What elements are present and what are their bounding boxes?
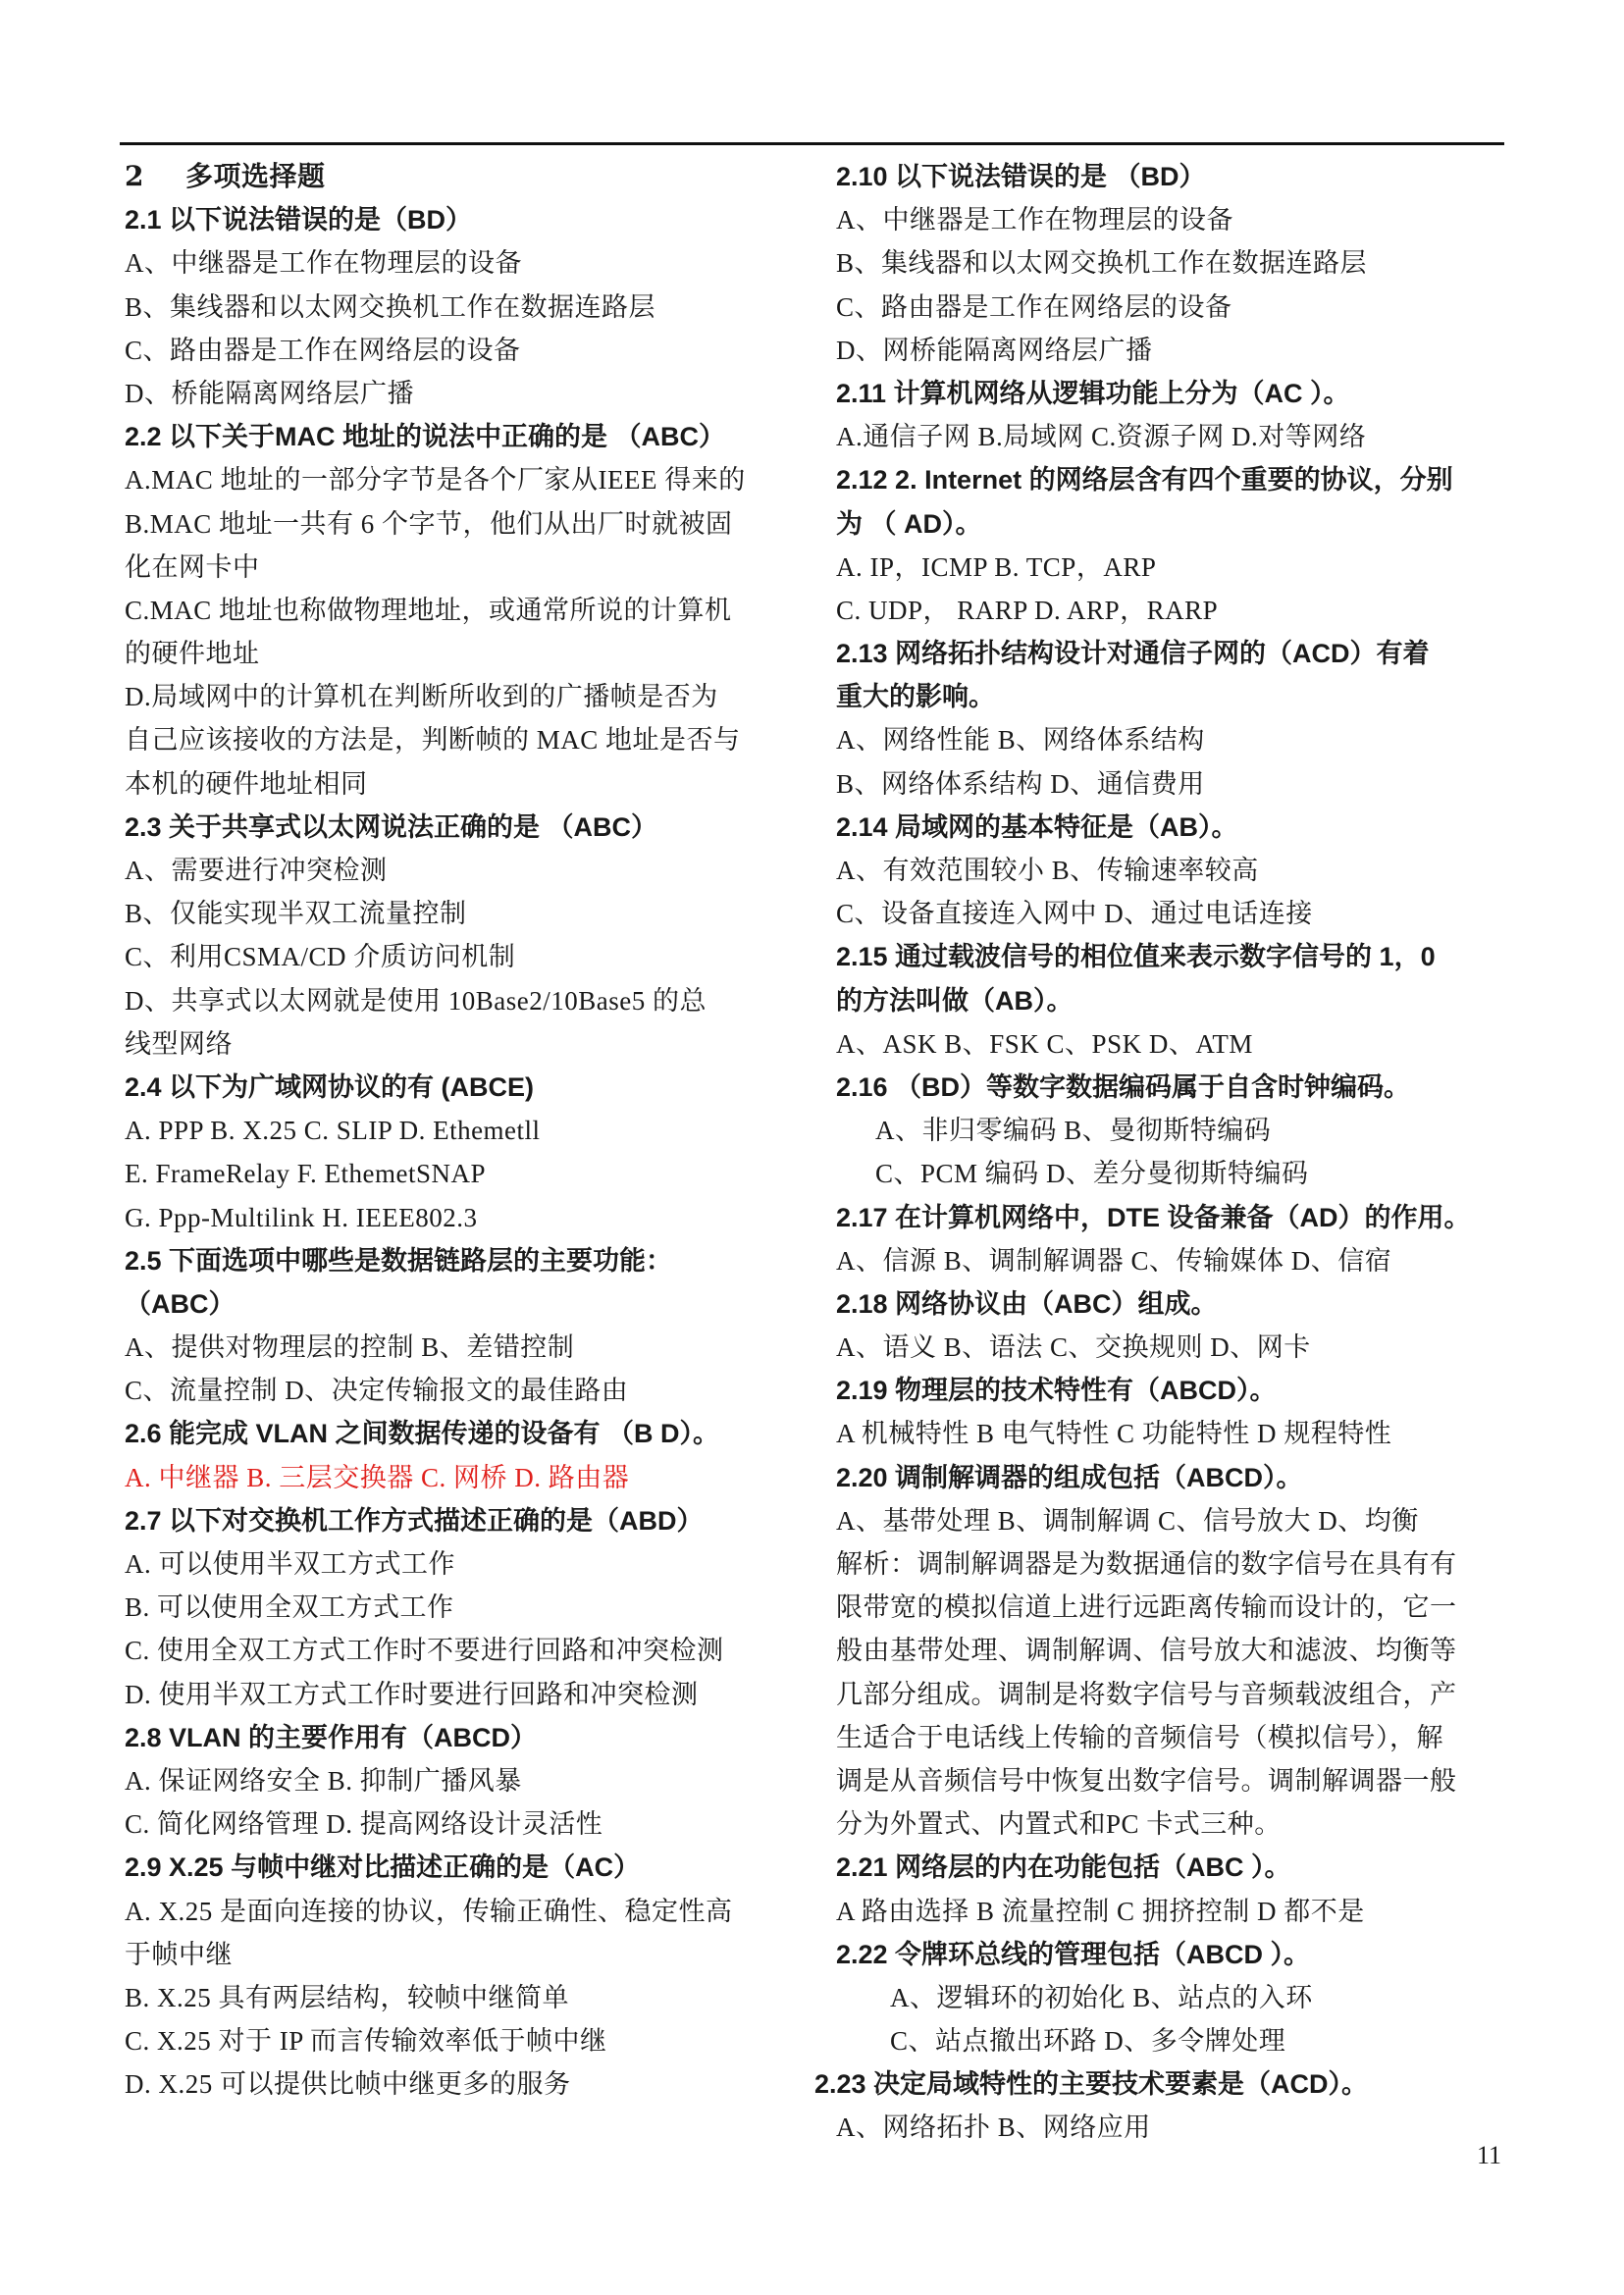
option-line: A、中继器是工作在物理层的设备 xyxy=(125,241,792,285)
question-heading: 2.11 计算机网络从逻辑功能上分为（AC ）。 xyxy=(836,372,1513,415)
option-line: C. 使用全双工方式工作时不要进行回路和冲突检测 xyxy=(125,1629,792,1672)
option-line: B. X.25 具有两层结构，较帧中继简单 xyxy=(125,1976,792,2019)
left-column: 2多项选择题 2.1 以下说法错误的是（BD）A、中继器是工作在物理层的设备B、… xyxy=(125,155,792,2106)
option-line: C. X.25 对于 IP 而言传输效率低于帧中继 xyxy=(125,2019,792,2062)
header-rule xyxy=(120,142,1504,145)
question-heading: 2.14 局域网的基本特征是（AB）。 xyxy=(836,806,1513,849)
question-heading: 2.1 以下说法错误的是（BD） xyxy=(125,198,792,241)
question-heading: 2.8 VLAN 的主要作用有（ABCD） xyxy=(125,1716,792,1759)
option-line: D、桥能隔离网络层广播 xyxy=(125,372,792,415)
question-heading: 2.19 物理层的技术特性有（ABCD）。 xyxy=(836,1369,1513,1412)
right-column: 2.10 以下说法错误的是 （BD）A、中继器是工作在物理层的设备B、集线器和以… xyxy=(836,155,1513,2150)
option-line: D. X.25 可以提供比帧中继更多的服务 xyxy=(125,2062,792,2106)
option-line: 的硬件地址 xyxy=(125,632,792,675)
question-heading: 为 （ AD）。 xyxy=(836,502,1513,546)
question-heading: 2.6 能完成 VLAN 之间数据传递的设备有 （B D）。 xyxy=(125,1412,792,1455)
option-line: C.MAC 地址也称做物理地址，或通常所说的计算机 xyxy=(125,589,792,632)
option-line: A、信源 B、调制解调器 C、传输媒体 D、信宿 xyxy=(836,1239,1513,1282)
question-heading: 2.3 关于共享式以太网说法正确的是 （ABC） xyxy=(125,806,792,849)
option-line: 调是从音频信号中恢复出数字信号。调制解调器一般 xyxy=(836,1759,1513,1802)
option-line: A、逻辑环的初始化 B、站点的入环 xyxy=(836,1976,1513,2019)
question-heading: （ABC） xyxy=(125,1282,792,1326)
option-line: 限带宽的模拟信道上进行远距离传输而设计的，它一 xyxy=(836,1586,1513,1629)
question-heading: 2.13 网络拓扑结构设计对通信子网的（ACD）有着 xyxy=(836,632,1513,675)
option-line: D、网桥能隔离网络层广播 xyxy=(836,329,1513,372)
option-line-highlighted: A. 中继器 B. 三层交换器 C. 网桥 D. 路由器 xyxy=(125,1456,792,1499)
question-heading: 2.20 调制解调器的组成包括（ABCD）。 xyxy=(836,1456,1513,1499)
option-line: 自己应该接收的方法是，判断帧的 MAC 地址是否与 xyxy=(125,718,792,761)
section-title-text: 多项选择题 xyxy=(185,160,326,192)
option-line: 化在网卡中 xyxy=(125,546,792,589)
option-line: D、共享式以太网就是使用 10Base2/10Base5 的总 xyxy=(125,979,792,1022)
question-heading: 2.4 以下为广域网协议的有 (ABCE) xyxy=(125,1066,792,1109)
question-heading: 2.2 以下关于MAC 地址的说法中正确的是 （ABC） xyxy=(125,415,792,458)
option-line: C、流量控制 D、决定传输报文的最佳路由 xyxy=(125,1369,792,1412)
option-line: A. 保证网络安全 B. 抑制广播风暴 xyxy=(125,1759,792,1802)
question-heading: 2.7 以下对交换机工作方式描述正确的是（ABD） xyxy=(125,1499,792,1542)
option-line: 分为外置式、内置式和PC 卡式三种。 xyxy=(836,1802,1513,1846)
option-line: A. IP，ICMP B. TCP，ARP xyxy=(836,546,1513,589)
question-heading: 2.5 下面选项中哪些是数据链路层的主要功能： xyxy=(125,1239,792,1282)
option-line: 般由基带处理、调制解调、信号放大和滤波、均衡等 xyxy=(836,1629,1513,1672)
option-line: B、集线器和以太网交换机工作在数据连路层 xyxy=(836,241,1513,285)
option-line: A、中继器是工作在物理层的设备 xyxy=(836,198,1513,241)
question-heading: 2.10 以下说法错误的是 （BD） xyxy=(836,155,1513,198)
option-line: A、基带处理 B、调制解调 C、信号放大 D、均衡 xyxy=(836,1499,1513,1542)
option-line: 线型网络 xyxy=(125,1022,792,1066)
option-line: 本机的硬件地址相同 xyxy=(125,762,792,806)
question-heading: 2.22 令牌环总线的管理包括（ABCD ）。 xyxy=(836,1933,1513,1976)
option-line: C、利用CSMA/CD 介质访问机制 xyxy=(125,935,792,978)
option-line: 于帧中继 xyxy=(125,1933,792,1976)
question-heading: 2.17 在计算机网络中，DTE 设备兼备（AD）的作用。 xyxy=(836,1196,1513,1239)
option-line: A、语义 B、语法 C、交换规则 D、网卡 xyxy=(836,1326,1513,1369)
option-line: G. Ppp-Multilink H. IEEE802.3 xyxy=(125,1196,792,1239)
option-line: C、设备直接连入网中 D、通过电话连接 xyxy=(836,892,1513,935)
option-line: A 路由选择 B 流量控制 C 拥挤控制 D 都不是 xyxy=(836,1890,1513,1933)
option-line: D. 使用半双工方式工作时要进行回路和冲突检测 xyxy=(125,1673,792,1716)
option-line: 解析：调制解调器是为数据通信的数字信号在具有有 xyxy=(836,1542,1513,1586)
section-number: 2 xyxy=(125,155,185,198)
question-heading: 2.16 （BD）等数字数据编码属于自含时钟编码。 xyxy=(836,1066,1513,1109)
option-line: C、站点撤出环路 D、多令牌处理 xyxy=(836,2019,1513,2062)
option-line: E. FrameRelay F. EthemetSNAP xyxy=(125,1152,792,1195)
page-number: 11 xyxy=(1477,2141,1501,2170)
question-heading: 2.9 X.25 与帧中继对比描述正确的是（AC） xyxy=(125,1846,792,1889)
option-line: 几部分组成。调制是将数字信号与音频载波组合，产 xyxy=(836,1673,1513,1716)
question-heading: 的方法叫做（AB）。 xyxy=(836,979,1513,1022)
question-heading: 2.12 2. Internet 的网络层含有四个重要的协议，分别 xyxy=(836,458,1513,501)
option-line: A.MAC 地址的一部分字节是各个厂家从IEEE 得来的 xyxy=(125,458,792,501)
option-line: C、PCM 编码 D、差分曼彻斯特编码 xyxy=(836,1152,1513,1195)
option-line: D.局域网中的计算机在判断所收到的广播帧是否为 xyxy=(125,675,792,718)
option-line: 生适合于电话线上传输的音频信号（模拟信号），解 xyxy=(836,1716,1513,1759)
question-heading: 2.18 网络协议由（ABC）组成。 xyxy=(836,1282,1513,1326)
option-line: B、网络体系结构 D、通信费用 xyxy=(836,762,1513,806)
option-line: A、网络拓扑 B、网络应用 xyxy=(836,2106,1513,2149)
option-line: B、仅能实现半双工流量控制 xyxy=(125,892,792,935)
question-heading: 2.21 网络层的内在功能包括（ABC ）。 xyxy=(836,1846,1513,1889)
option-line: A、ASK B、FSK C、PSK D、ATM xyxy=(836,1022,1513,1066)
option-line: A. PPP B. X.25 C. SLIP D. Ethemetll xyxy=(125,1109,792,1152)
option-line: A、非归零编码 B、曼彻斯特编码 xyxy=(836,1109,1513,1152)
option-line: A. 可以使用半双工方式工作 xyxy=(125,1542,792,1586)
option-line: C. UDP， RARP D. ARP，RARP xyxy=(836,589,1513,632)
question-heading: 2.23 决定局域特性的主要技术要素是（ACD）。 xyxy=(814,2062,1513,2106)
option-line: B、集线器和以太网交换机工作在数据连路层 xyxy=(125,286,792,329)
option-line: A、提供对物理层的控制 B、差错控制 xyxy=(125,1326,792,1369)
option-line: A、网络性能 B、网络体系结构 xyxy=(836,718,1513,761)
option-line: C. 简化网络管理 D. 提高网络设计灵活性 xyxy=(125,1802,792,1846)
option-line: A. X.25 是面向连接的协议，传输正确性、稳定性高 xyxy=(125,1890,792,1933)
option-line: C、路由器是工作在网络层的设备 xyxy=(836,286,1513,329)
option-line: B.MAC 地址一共有 6 个字节，他们从出厂时就被固 xyxy=(125,502,792,546)
question-heading: 2.15 通过载波信号的相位值来表示数字信号的 1，0 xyxy=(836,935,1513,978)
option-line: A、有效范围较小 B、传输速率较高 xyxy=(836,849,1513,892)
option-line: A 机械特性 B 电气特性 C 功能特性 D 规程特性 xyxy=(836,1412,1513,1455)
question-heading: 重大的影响。 xyxy=(836,675,1513,718)
option-line: B. 可以使用全双工方式工作 xyxy=(125,1586,792,1629)
option-line: A、需要进行冲突检测 xyxy=(125,849,792,892)
option-line: C、路由器是工作在网络层的设备 xyxy=(125,329,792,372)
section-title: 2多项选择题 xyxy=(125,155,792,198)
option-line: A.通信子网 B.局域网 C.资源子网 D.对等网络 xyxy=(836,415,1513,458)
